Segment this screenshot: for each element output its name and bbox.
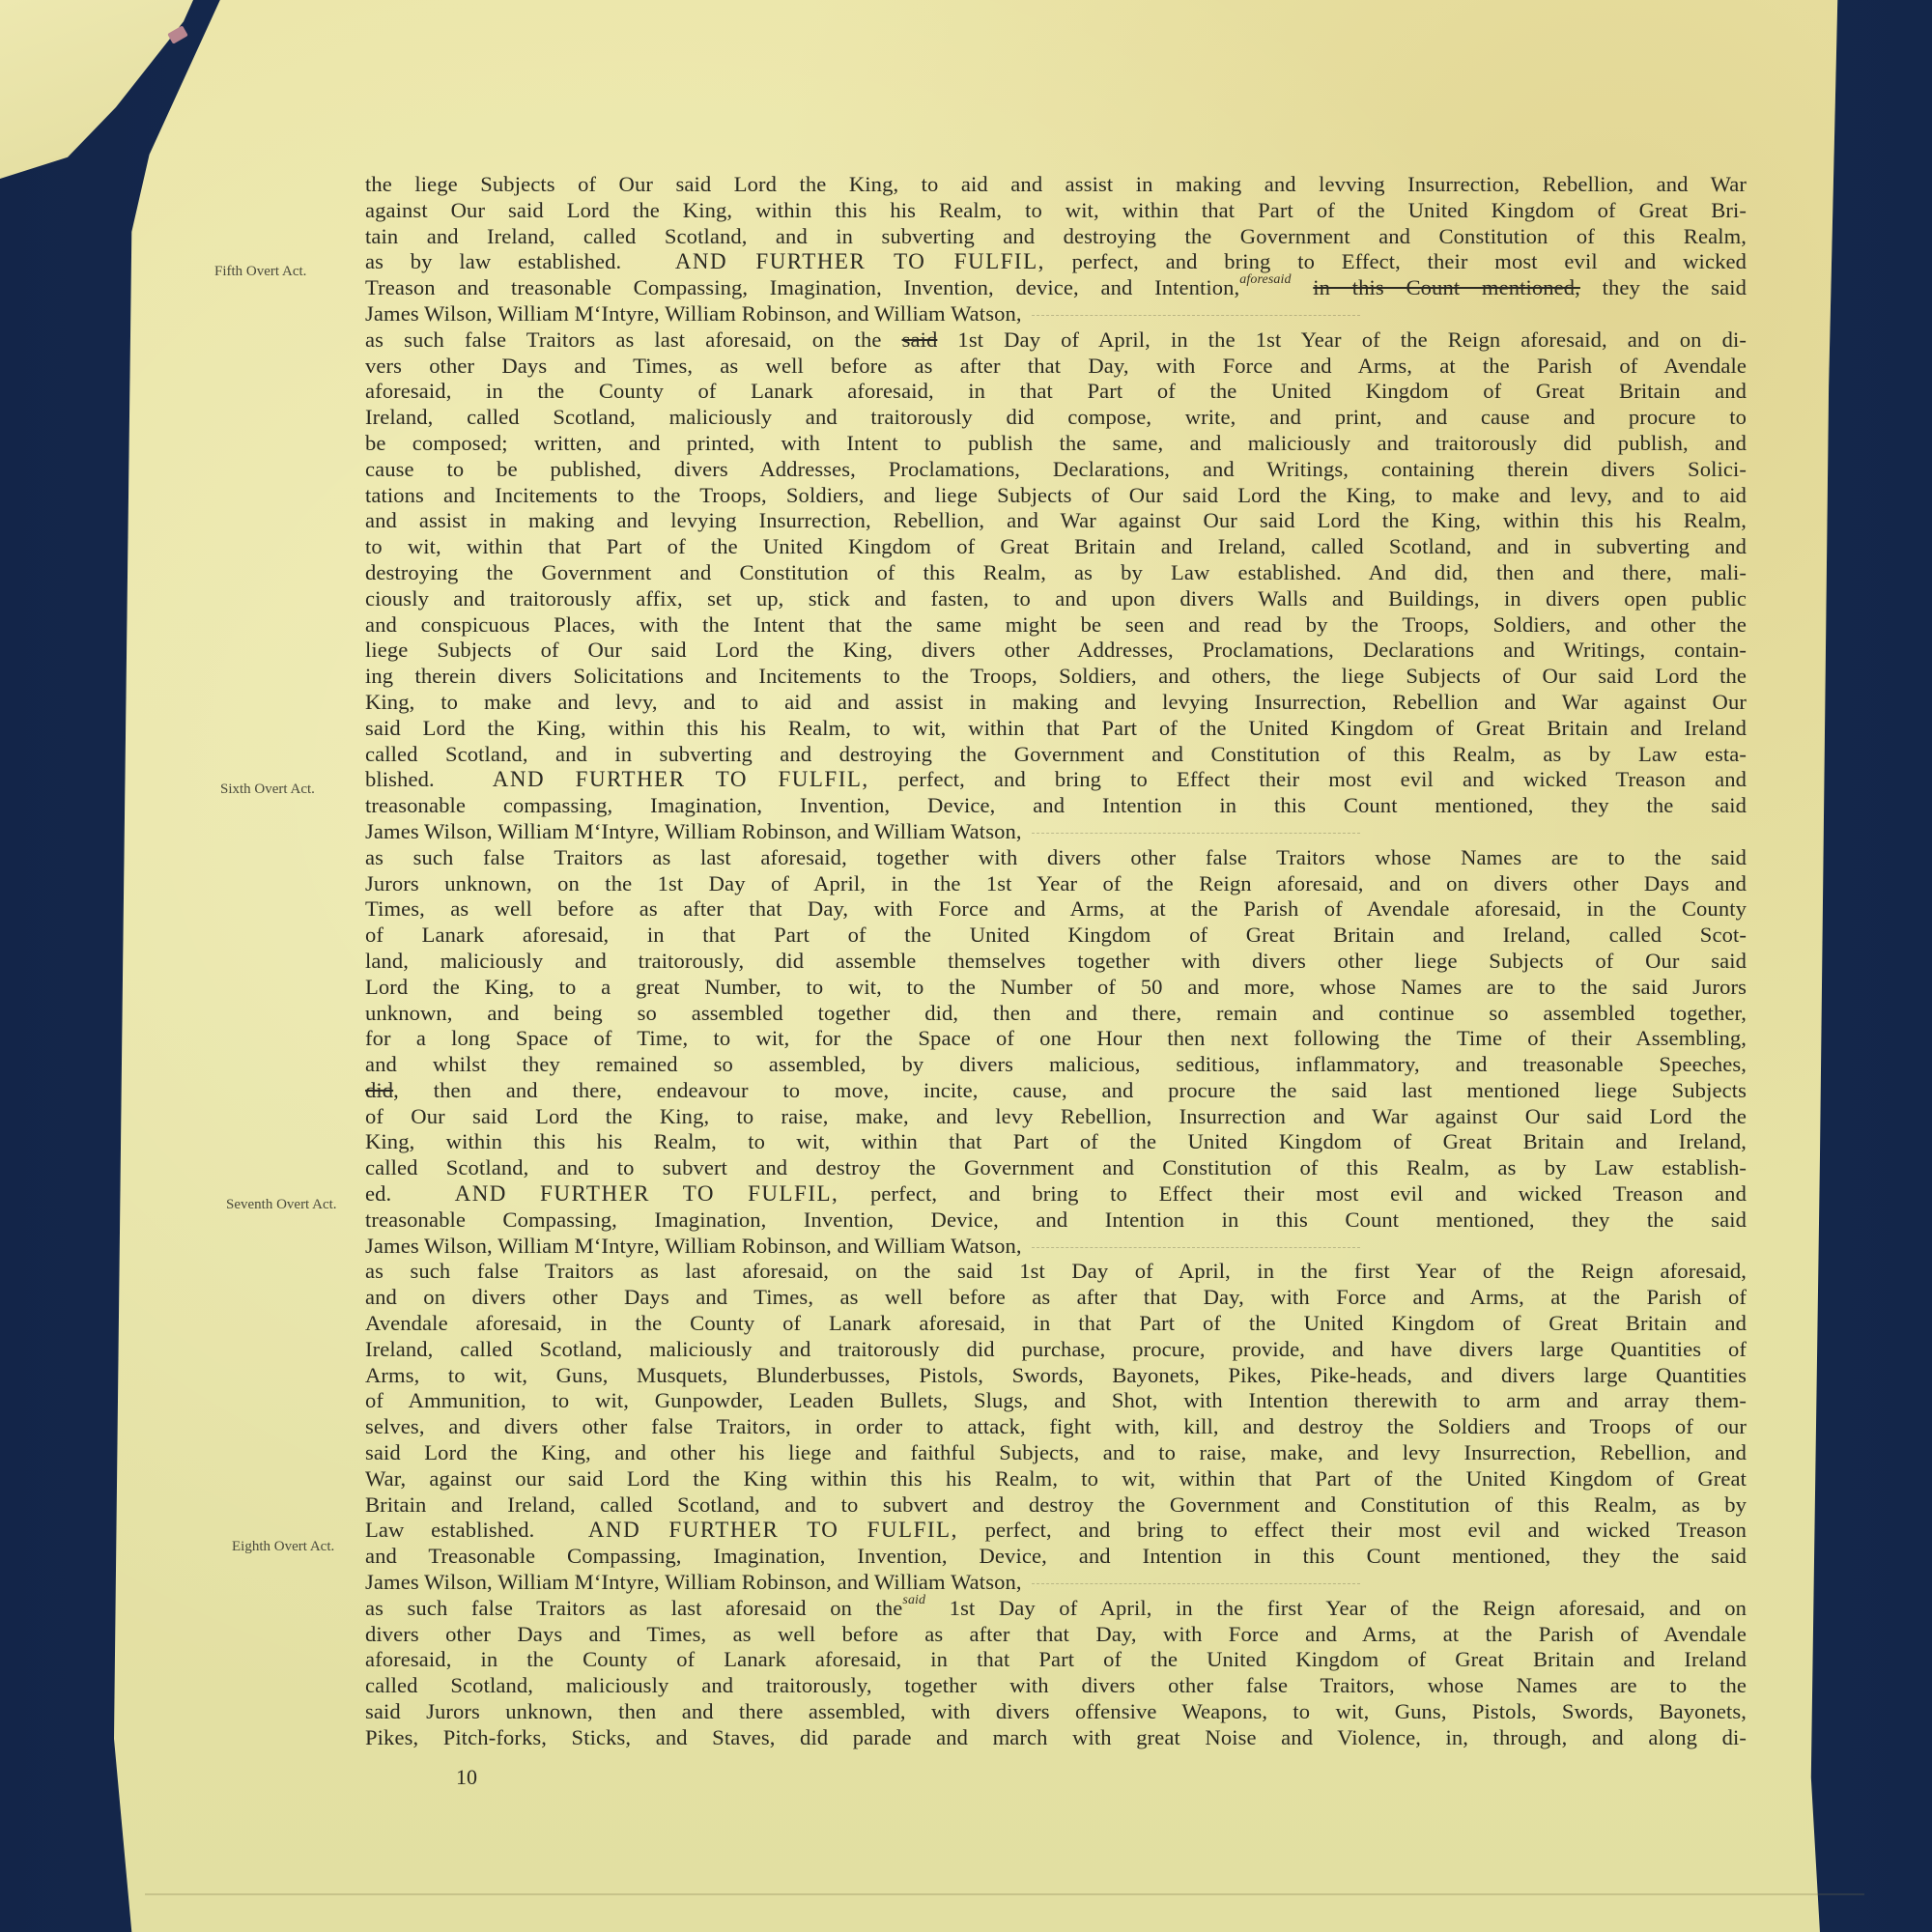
text-line: aforesaid, in the County of Lanark afore… [365,1647,1747,1673]
heading-and-further-to-fulfil: AND FURTHER TO FULFIL, [588,1518,958,1542]
text-line: Avendale aforesaid, in the County of Lan… [365,1311,1747,1337]
text-line: did, then and there, endeavour to move, … [365,1078,1747,1104]
text-line: King, within this his Realm, to wit, wit… [365,1129,1747,1155]
text-line: treasonable Compassing, Imagination, Inv… [365,1207,1747,1234]
text-line-eighth-act-start: Law established. AND FURTHER TO FULFIL, … [365,1518,1747,1544]
handwritten-insertion: said [902,1593,925,1607]
text-line-seventh-act-start: ed. AND FURTHER TO FULFIL, perfect, and … [365,1181,1747,1207]
blank-rule [1032,833,1360,834]
text-line: against Our said Lord the King, within t… [365,198,1747,224]
margin-note-seventh-overt-act: Seventh Overt Act. [226,1196,342,1213]
text-line: treasonable compassing, Imagination, Inv… [365,793,1747,819]
text-line-sixth-act-start: blished. AND FURTHER TO FULFIL, perfect,… [365,767,1747,793]
margin-note-sixth-overt-act: Sixth Overt Act. [220,781,315,798]
text-line: tain and Ireland, called Scotland, and i… [365,224,1747,250]
text-line: and whilst they remained so assembled, b… [365,1052,1747,1078]
text-line: land, maliciously and traitorously, did … [365,949,1747,975]
document-body-text: the liege Subjects of Our said Lord the … [365,172,1747,1751]
text-line: said Lord the King, and other his liege … [365,1440,1747,1466]
text-line: and conspicuous Places, with the Intent … [365,612,1747,639]
text-line: divers other Days and Times, as well bef… [365,1622,1747,1648]
blank-rule [1032,1583,1360,1584]
text-line: Lord the King, to a great Number, to wit… [365,975,1747,1001]
text-line: War, against our said Lord the King with… [365,1466,1747,1492]
text-line: be composed; written, and printed, with … [365,431,1747,457]
text-line: of Our said Lord the King, to raise, mak… [365,1104,1747,1130]
text-line: said Jurors unknown, then and there asse… [365,1699,1747,1725]
text-line: said Lord the King, within this his Real… [365,716,1747,742]
text-line: King, to make and levy, and to aid and a… [365,690,1747,716]
text-line-fifth-act-start: as by law established. AND FURTHER TO FU… [365,249,1747,275]
text-line: and Treasonable Compassing, Imagination,… [365,1544,1747,1570]
heading-and-further-to-fulfil: AND FURTHER TO FULFIL, [493,767,869,791]
text-line: Arms, to wit, Guns, Musquets, Blunderbus… [365,1363,1747,1389]
text-line: called Scotland, maliciously and traitor… [365,1673,1747,1699]
text-line: aforesaid, in the County of Lanark afore… [365,379,1747,405]
text-line: and assist in making and levying Insurre… [365,508,1747,534]
text-line: of Lanark aforesaid, in that Part of the… [365,923,1747,949]
page-number: 10 [456,1765,477,1790]
text-line: selves, and divers other false Traitors,… [365,1414,1747,1440]
handwritten-insertion: aforesaid [1239,272,1291,287]
text-line: called Scotland, and to subvert and dest… [365,1155,1747,1181]
text-line: Pikes, Pitch-forks, Sticks, and Staves, … [365,1725,1747,1751]
margin-note-fifth-overt-act: Fifth Overt Act. [214,263,306,280]
text-line-defendants: James Wilson, William M‘Intyre, William … [365,1234,1747,1260]
text-line: as such false Traitors as last aforesaid… [365,1596,1747,1622]
text-line: Times, as well before as after that Day,… [365,896,1747,923]
text-line: liege Subjects of Our said Lord the King… [365,638,1747,664]
text-line: ciously and traitorously affix, set up, … [365,586,1747,612]
struck-text: did [365,1078,393,1102]
text-line-defendants: James Wilson, William M‘Intyre, William … [365,301,1747,327]
text-line: Ireland, called Scotland, maliciously an… [365,405,1747,431]
text-line: ing therein divers Solicitations and Inc… [365,664,1747,690]
page-crease [145,1893,1864,1932]
text-line: as such false Traitors as last aforesaid… [365,327,1747,354]
text-line: Jurors unknown, on the 1st Day of April,… [365,871,1747,897]
text-line-defendants: James Wilson, William M‘Intyre, William … [365,819,1747,845]
text-line: tations and Incitements to the Troops, S… [365,483,1747,509]
text-line: and on divers other Days and Times, as w… [365,1285,1747,1311]
text-line: called Scotland, and in subverting and d… [365,742,1747,768]
text-line: Britain and Ireland, called Scotland, an… [365,1492,1747,1519]
heading-and-further-to-fulfil: AND FURTHER TO FULFIL, [675,249,1045,273]
text-line: the liege Subjects of Our said Lord the … [365,172,1747,198]
text-line: for a long Space of Time, to wit, for th… [365,1026,1747,1052]
blank-rule [1032,315,1360,316]
margin-note-eighth-overt-act: Eighth Overt Act. [232,1538,334,1555]
text-line-defendants: James Wilson, William M‘Intyre, William … [365,1570,1747,1596]
text-line: destroying the Government and Constituti… [365,560,1747,586]
blank-rule [1032,1247,1360,1248]
text-line: cause to be published, divers Addresses,… [365,457,1747,483]
text-line: vers other Days and Times, as well befor… [365,354,1747,380]
text-line: Treason and treasonable Compassing, Imag… [365,275,1747,301]
text-line: Ireland, called Scotland, maliciously an… [365,1337,1747,1363]
heading-and-further-to-fulfil: AND FURTHER TO FULFIL, [455,1181,839,1206]
struck-text: in this Count mentioned, [1313,275,1580,299]
text-line: as such false Traitors as last aforesaid… [365,845,1747,871]
text-line: to wit, within that Part of the United K… [365,534,1747,560]
text-line: of Ammunition, to wit, Gunpowder, Leaden… [365,1388,1747,1414]
text-line: unknown, and being so assembled together… [365,1001,1747,1027]
text-line: as such false Traitors as last aforesaid… [365,1259,1747,1285]
struck-text: said [902,327,938,352]
